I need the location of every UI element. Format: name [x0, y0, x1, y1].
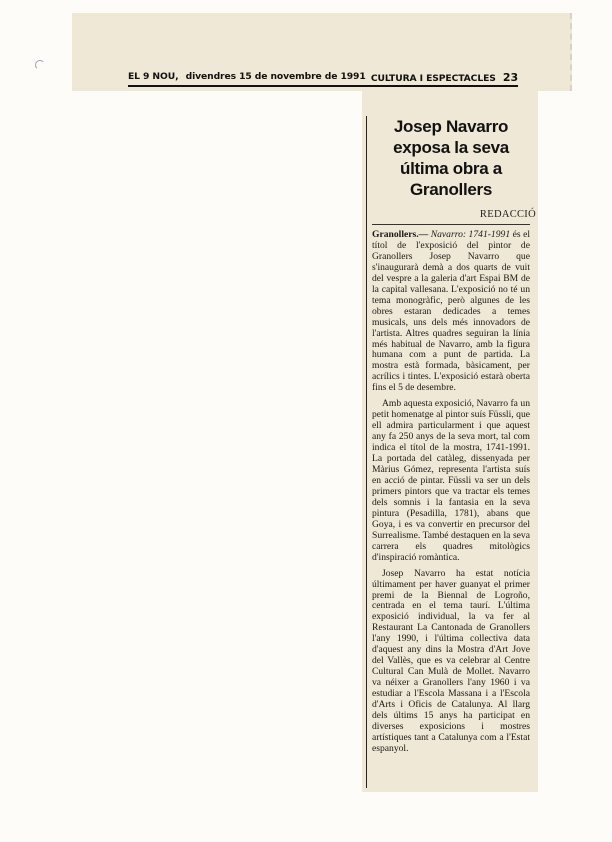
newspaper-name: EL 9 NOU,: [128, 71, 178, 82]
article-headline: Josep Navarro exposa la seva última obra…: [372, 116, 530, 200]
pen-mark: [35, 60, 45, 70]
issue-date: divendres 15 de novembre de 1991: [186, 71, 366, 82]
exhibition-title: Navarro: 1741-1991: [431, 229, 510, 240]
paragraph-1: Granollers.— Navarro: 1741-1991 és el tí…: [372, 230, 530, 394]
article-body: Granollers.— Navarro: 1741-1991 és el tí…: [372, 230, 530, 755]
column-rule: [366, 116, 367, 788]
masthead-right: CULTURA I ESPECTACLES 23: [371, 71, 518, 84]
paragraph-1-text: és el títol de l'exposició del pintor de…: [372, 229, 530, 393]
dateline: Granollers.—: [372, 229, 428, 240]
page-number: 23: [503, 71, 518, 84]
byline-divider: [372, 224, 530, 225]
masthead-left: EL 9 NOU, divendres 15 de novembre de 19…: [128, 71, 366, 82]
masthead: EL 9 NOU, divendres 15 de novembre de 19…: [128, 71, 518, 87]
article-byline: REDACCIÓ: [480, 209, 536, 220]
paragraph-3: Josep Navarro ha estat notícia últimamen…: [372, 569, 530, 755]
paragraph-2: Amb aquesta exposició, Navarro fa un pet…: [372, 399, 530, 563]
section-name: CULTURA I ESPECTACLES: [371, 73, 496, 84]
